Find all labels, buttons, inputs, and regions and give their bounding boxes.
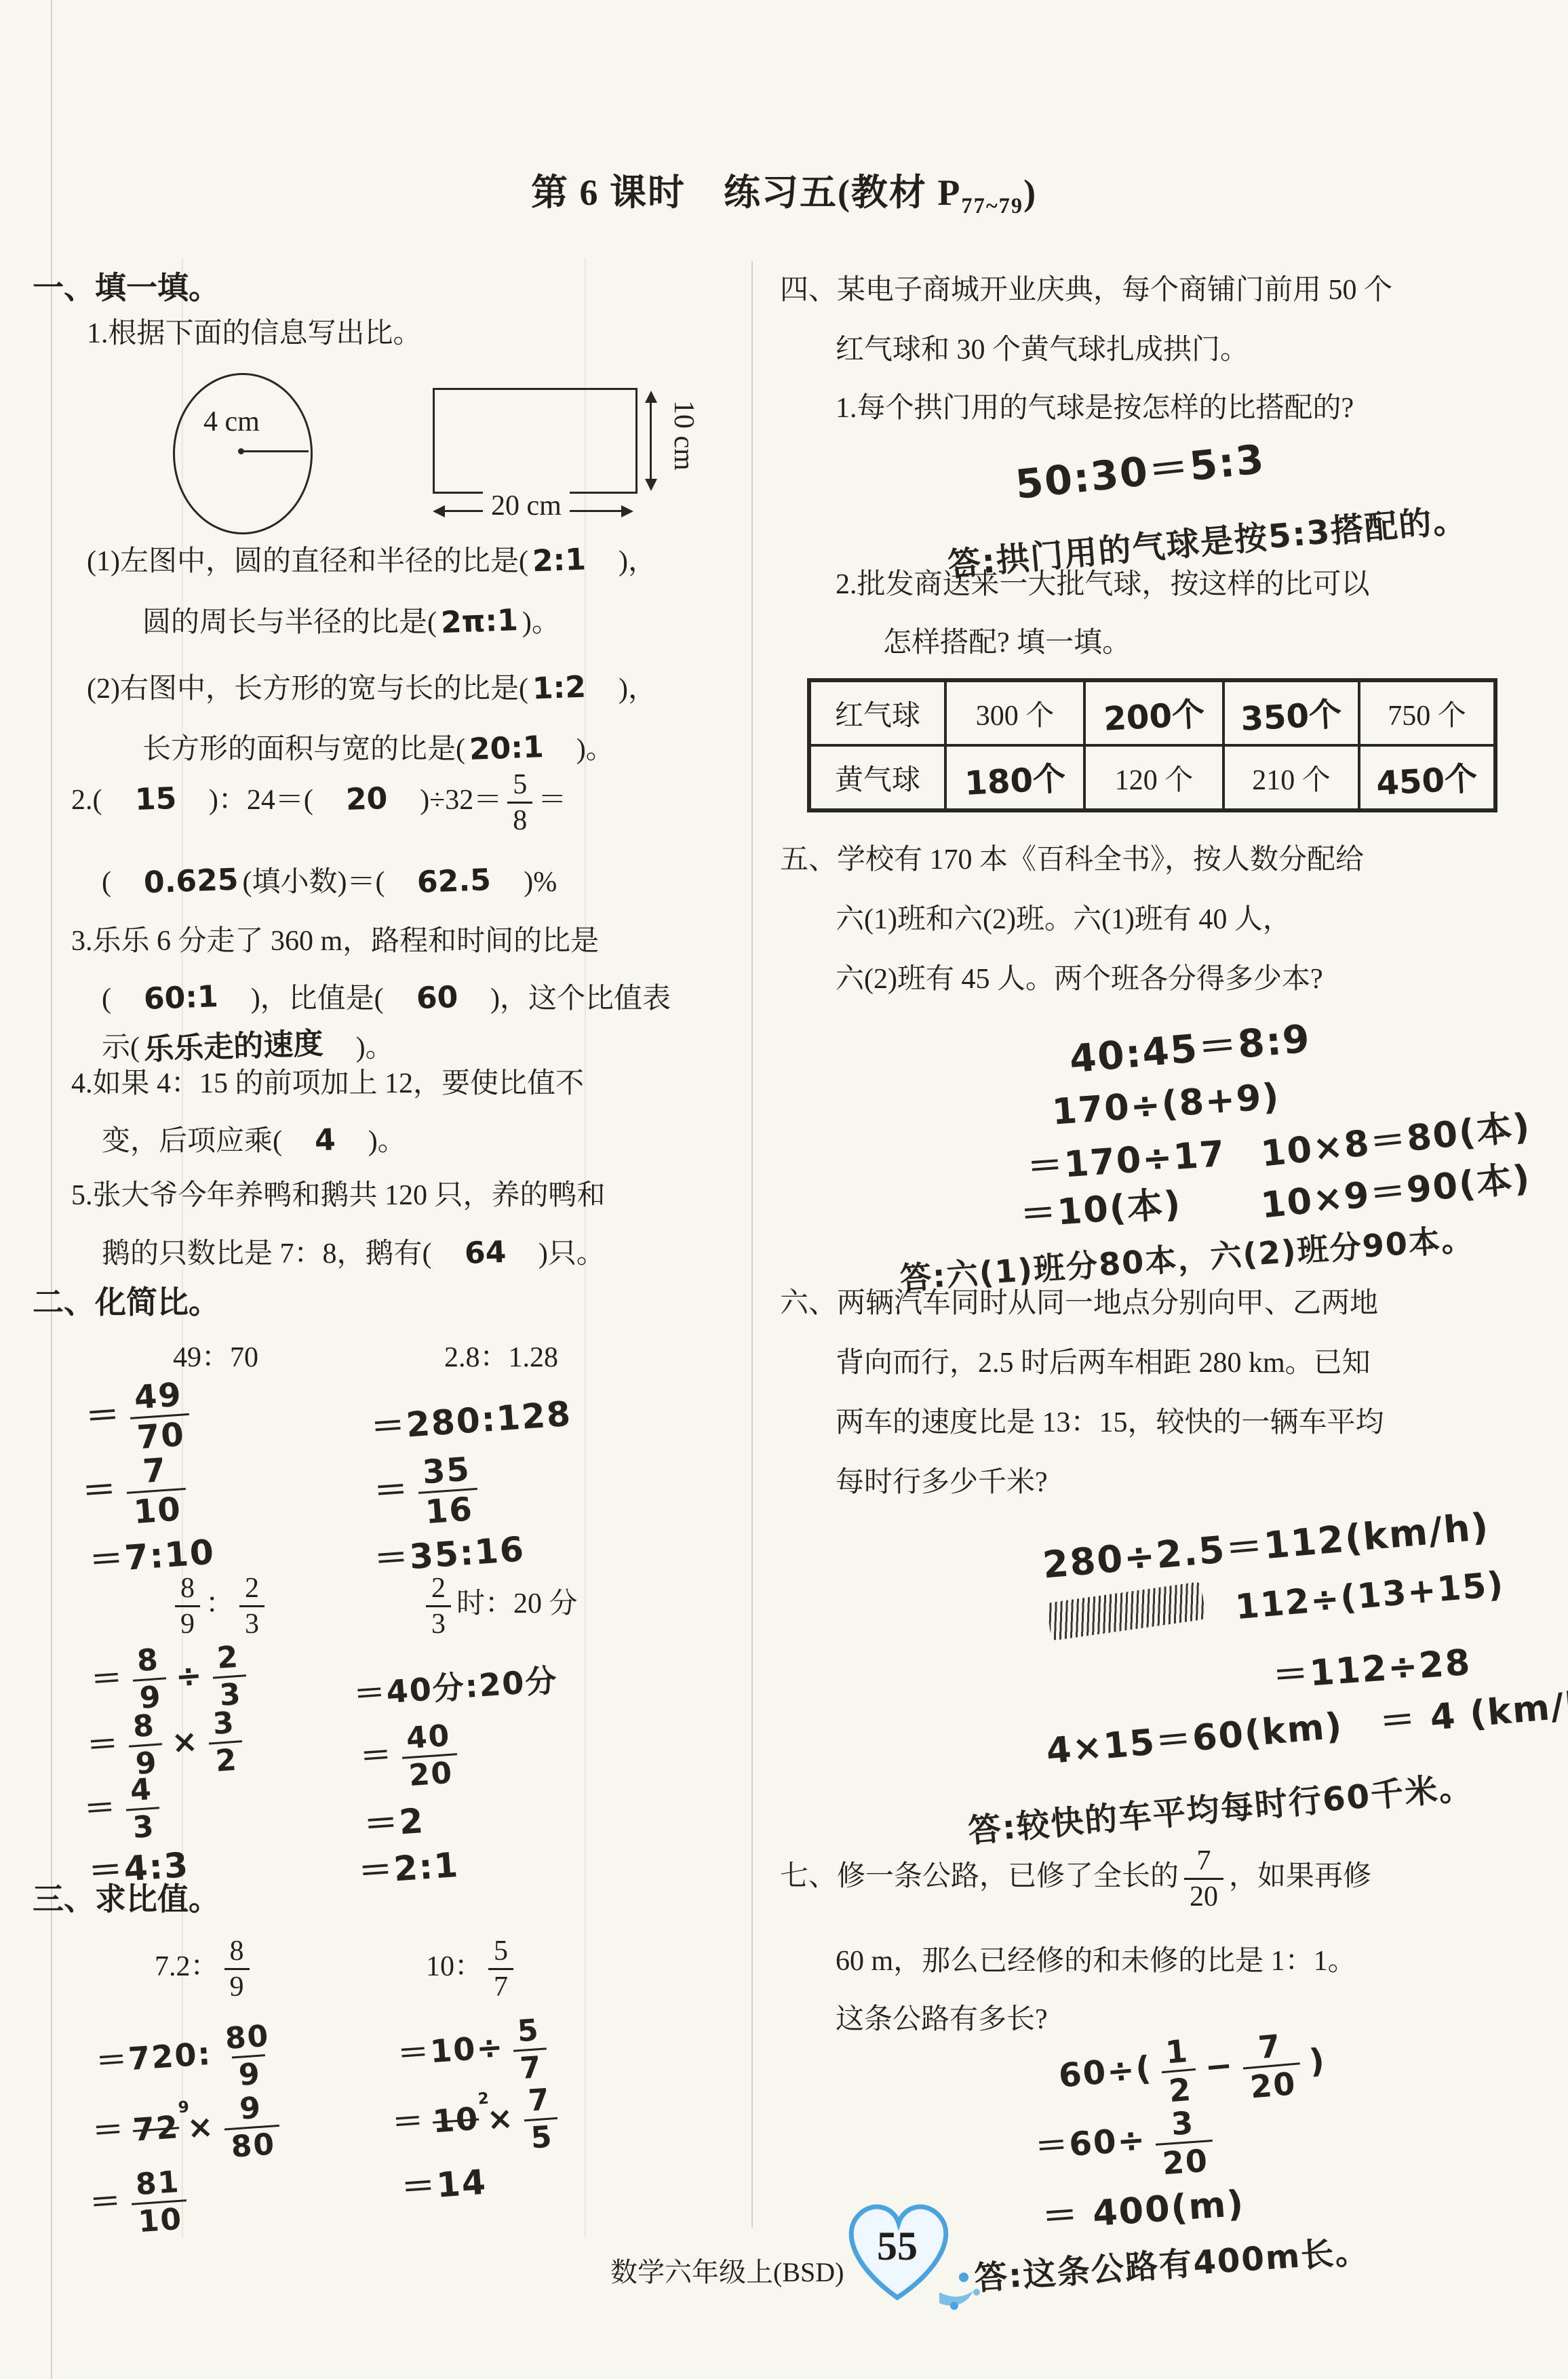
text-segment: 五、学校有 170 本《百科全书》，按人数分配给	[780, 844, 1364, 876]
table-cell-handwritten: 180个	[945, 745, 1084, 810]
table-cell: 300 个	[945, 681, 1084, 745]
fraction-numerator: 8	[224, 1936, 250, 1968]
fraction-numerator: 8	[175, 1573, 200, 1605]
question-7-line-2: 60 m，那么已经修的和未修的比是 1：1。	[836, 1941, 1356, 1982]
handwritten-segment: ＝	[76, 1462, 123, 1514]
handwritten-segment: 15	[130, 777, 181, 822]
handwritten-work: 280÷2.5＝112(km/h)	[1036, 1503, 1495, 1581]
footer-book-title: 数学六年级上(BSD)	[610, 2253, 844, 2292]
text-segment: (1)左图中，圆的直径和半径的比是(	[87, 546, 528, 577]
handwritten-segment: −	[1199, 2046, 1239, 2087]
handwritten-work: ＝3516	[368, 1453, 484, 1531]
simplify-problem-1: 49：70	[173, 1337, 258, 1379]
balloon-ratio-table: 红气球 300 个 200个 350个 750 个 黄气球 180个 120 个…	[807, 678, 1497, 812]
handwritten-answer: 答:这条公路有400m长。	[969, 2231, 1374, 2293]
handwritten-segment: 450个	[1371, 751, 1483, 804]
handwritten-segment: ＝	[87, 2104, 131, 2152]
question-4-sub1: 1.每个拱门用的气球是按怎样的比搭配的?	[836, 388, 1354, 429]
question-6-line-1: 六、两辆汽车同时从同一地点分别向甲、乙两地	[780, 1283, 1378, 1324]
handwritten-segment: ×	[482, 2099, 520, 2138]
fraction-numerator: 8	[127, 1710, 162, 1745]
fraction-numerator: 8	[131, 1644, 166, 1679]
handwritten-segment: 答:这条公路有400m长。	[968, 2224, 1374, 2299]
handwritten-fraction: 89	[127, 1710, 165, 1781]
handwritten-segment: ＝	[368, 1462, 414, 1514]
simplify-problem-2: 2.8：1.28	[444, 1337, 558, 1379]
text-segment: 六、两辆汽车同时从同一地点分别向甲、乙两地	[780, 1288, 1378, 1319]
question-7-line-3: 这条公路有多长?	[836, 1999, 1048, 2041]
question-7-line-1: 七、修一条公路，已修了全长的720，如果再修	[780, 1846, 1371, 1912]
text-segment: 10：	[426, 1951, 483, 1982]
handwritten-segment: ＝60÷	[1030, 2112, 1152, 2168]
fraction: 57	[488, 1936, 513, 2002]
fraction-numerator: 2	[426, 1573, 451, 1605]
text-segment: ：	[205, 1588, 234, 1619]
question-6-line-4: 每时行多少千米?	[836, 1462, 1048, 1503]
handwritten-segment: 1:2	[528, 665, 591, 711]
question-4-line-1: 4.如果 4：15 的前项加上 12，要使比值不	[71, 1063, 584, 1105]
fraction-numerator: 9	[233, 2092, 269, 2127]
q1-answer-line-2: 圆的周长与半径的比是(2π:1)。	[142, 600, 560, 644]
text-segment: 红气球和 30 个黄气球扎成拱门。	[836, 334, 1249, 366]
handwritten-segment: 20	[341, 777, 393, 822]
height-dimension-line	[650, 401, 652, 480]
text-segment: )	[1023, 172, 1037, 213]
question-6-line-2: 背向而行，2.5 时后两车相距 280 km。已知	[836, 1343, 1371, 1384]
text-segment: 2.批发商送来一大批气球，按这样的比可以	[836, 569, 1370, 600]
handwritten-fraction: 23	[210, 1641, 248, 1712]
fraction-denominator: 10	[127, 1488, 189, 1530]
handwritten-segment: 200个	[1098, 686, 1210, 739]
question-3-line-1: 3.乐乐 6 分走了 360 m，路程和时间的比是	[71, 921, 599, 962]
handwritten-segment: 170÷(8+9)	[1046, 1076, 1285, 1133]
text-segment: )÷32＝	[391, 785, 502, 816]
question-4-intro-2: 红气球和 30 个黄气球扎成拱门。	[836, 330, 1249, 371]
text-segment: 六(1)班和六(2)班。六(1)班有 40 人，	[836, 904, 1291, 935]
text-segment: 1.每个拱门用的气球是按怎样的比搭配的?	[836, 393, 1354, 424]
handwritten-segment: ＝720:	[90, 2028, 217, 2082]
handwritten-segment: 2π:1	[436, 599, 523, 645]
fraction-numerator: 3	[206, 1707, 241, 1742]
handwritten-work: ＝35:16	[369, 1525, 530, 1579]
text-segment: 两车的速度比是 13：15，较快的一辆车平均	[836, 1407, 1384, 1438]
handwritten-answer: 答:六(1)班分80本，六(2)班分90本。	[895, 1224, 1479, 1289]
scribbled-out-work	[1046, 1581, 1207, 1640]
fraction-numerator: 80	[219, 2020, 276, 2058]
fraction-denominator: 5	[524, 2117, 560, 2155]
text-segment: 红气球	[835, 693, 920, 734]
handwritten-segment: ＝40分:20分	[348, 1655, 563, 1715]
handwritten-fraction: 57	[511, 2014, 549, 2085]
ratio-value-problem-2: 10：57	[426, 1936, 519, 2002]
fraction-denominator: 80	[224, 2125, 282, 2164]
question-1-intro: 1.根据下面的信息写出比。	[87, 313, 422, 355]
fraction-numerator: 40	[400, 1720, 457, 1757]
handwritten-fraction: 720	[1240, 2028, 1304, 2104]
handwritten-segment: ＝2:1	[353, 1837, 465, 1893]
text-segment: )只。	[510, 1238, 605, 1270]
question-5-line-3: 六(2)班有 45 人。两个班各分得多少本?	[836, 959, 1323, 1000]
text-segment: 210 个	[1252, 758, 1331, 798]
fraction-denominator: 20	[1243, 2063, 1303, 2104]
handwritten-segment: 180个	[959, 751, 1071, 804]
handwritten-fraction: 3516	[416, 1452, 480, 1531]
handwritten-work: ＝4970	[80, 1378, 196, 1457]
fraction-denominator: 70	[130, 1413, 192, 1455]
handwritten-work: ＝729×980	[87, 2092, 286, 2167]
text-segment: 2.(	[71, 785, 131, 816]
text-segment: 怎样搭配? 填一填。	[883, 627, 1131, 658]
question-3-line-2: ( 60:1 )，比值是( 60 )，这个比值表	[102, 977, 671, 1020]
section-3-title: 三、求比值。	[33, 1877, 220, 1923]
fraction-numerator: 5	[488, 1936, 513, 1968]
fraction-numerator: 7	[1252, 2029, 1289, 2066]
fraction: 23	[426, 1573, 451, 1639]
handwritten-segment: 20:1	[465, 726, 549, 772]
page-number: 55	[857, 2223, 938, 2270]
handwritten-segment: ＝ 400(m)	[1036, 2175, 1251, 2241]
text-segment: 三、求比值。	[33, 1882, 220, 1916]
fraction-denominator: 2	[1162, 2068, 1199, 2108]
table-cell: 红气球	[810, 681, 945, 745]
arrow-down-icon	[645, 479, 657, 491]
handwritten-segment: ＝14	[395, 2155, 492, 2209]
table-cell-handwritten: 450个	[1359, 745, 1495, 810]
handwritten-work: ＝89×32	[81, 1708, 248, 1782]
handwritten-work: ＝40分:20分	[349, 1659, 563, 1712]
handwritten-segment: ＝2	[358, 1794, 430, 1847]
text-segment: 时：20 分	[456, 1588, 578, 1619]
text-segment: (	[102, 983, 140, 1015]
text-segment: )%	[495, 867, 557, 898]
page-number-badge: 55	[838, 2190, 987, 2319]
text-segment: ＝	[538, 785, 566, 816]
handwritten-work: 40:45＝8:9	[1063, 1012, 1316, 1080]
handwritten-segment: ÷	[170, 1656, 208, 1695]
cancelled-segment: 729	[128, 2108, 184, 2148]
text-segment: 七、修一条公路，已修了全长的	[780, 1861, 1179, 1892]
handwritten-fraction: 320	[1153, 2105, 1215, 2180]
handwritten-segment: ＝280:128	[365, 1386, 577, 1449]
handwritten-segment: 答:较快的车平均每时行60千米。	[962, 1760, 1478, 1852]
fraction-numerator: 81	[130, 2166, 187, 2203]
text-segment: 这条公路有多长?	[836, 2004, 1048, 2035]
text-segment: )。	[340, 1126, 406, 1157]
question-5-line-2: 六(1)班和六(2)班。六(1)班有 40 人，	[836, 899, 1291, 941]
fraction-numerator: 7	[136, 1453, 174, 1491]
rect-width-label: 20 cm	[483, 490, 570, 522]
text-segment: 长方形的面积与宽的比是(	[142, 734, 465, 765]
handwritten-segment: 64	[459, 1231, 511, 1276]
handwritten-segment: ＝35:16	[368, 1522, 530, 1581]
fraction: 720	[1184, 1846, 1223, 1912]
text-segment: )。	[548, 734, 614, 765]
fraction-denominator: 3	[126, 1807, 161, 1844]
fraction-numerator: 49	[128, 1377, 189, 1417]
text-segment: 示(	[102, 1032, 140, 1063]
text-segment: 四、某电子商城开业庆典，每个商铺门前用 50 个	[780, 275, 1392, 306]
handwritten-work: ＝ 400(m)	[1037, 2179, 1249, 2237]
handwritten-work: ＝60÷320	[1030, 2106, 1219, 2184]
fraction-denominator: 20	[402, 1753, 460, 1792]
fraction-denominator: 3	[426, 1605, 451, 1639]
text-segment: 2.8：1.28	[444, 1342, 558, 1373]
text-segment: )，比值是(	[222, 983, 412, 1015]
handwritten-fraction: 89	[131, 1644, 169, 1715]
rect-height-label: 10 cm	[667, 400, 700, 471]
text-segment: (	[102, 867, 140, 898]
question-5-line-2: 鹅的只数比是 7：8，鹅有( 64 )只。	[102, 1232, 605, 1275]
handwritten-segment: ＝	[84, 2176, 128, 2223]
fraction-denominator: 10	[132, 2199, 189, 2239]
circle-radius-line	[242, 450, 309, 452]
handwritten-work: ＝8110	[84, 2167, 193, 2239]
handwritten-work: ＝170÷17	[1022, 1129, 1231, 1187]
page-title: 第 6 课时 练习五(教材 P77~79)	[0, 166, 1568, 222]
fraction-numerator: 7	[1192, 1846, 1217, 1878]
handwritten-segment: 50:30＝5:3	[1008, 426, 1272, 510]
question-2-line-1: 2.( 15 )：24＝( 20 )÷32＝58＝	[71, 770, 566, 835]
table-cell-handwritten: 200个	[1084, 681, 1223, 745]
handwritten-segment: 40:45＝8:9	[1063, 1008, 1316, 1084]
handwritten-fraction: 75	[522, 2084, 560, 2155]
question-4-intro-1: 四、某电子商城开业庆典，每个商铺门前用 50 个	[780, 270, 1392, 311]
fraction-numerator: 1	[1158, 2034, 1195, 2071]
text-segment: 二、化简比。	[33, 1285, 220, 1320]
question-2-line-2: ( 0.625(填小数)＝( 62.5 )%	[102, 860, 557, 903]
fraction-denominator: 9	[232, 2054, 267, 2091]
handwritten-segment: ＝	[387, 2096, 431, 2143]
handwritten-work: 170÷(8+9)	[1047, 1080, 1285, 1129]
handwritten-work: ＝102×75	[387, 2085, 564, 2159]
text-segment: )：24＝(	[180, 785, 342, 816]
handwritten-work: ＝280:128	[366, 1390, 576, 1447]
handwritten-segment: ＝	[81, 1718, 125, 1766]
arrow-right-icon	[621, 505, 633, 517]
handwritten-fraction: 4020	[400, 1720, 460, 1792]
text-segment: 一、填一填。	[33, 271, 220, 305]
handwritten-segment: 60:1	[139, 975, 223, 1021]
text-segment: 4.如果 4：15 的前项加上 12，要使比值不	[71, 1068, 584, 1099]
fraction-denominator: 3	[239, 1605, 264, 1639]
handwritten-fraction: 32	[206, 1707, 244, 1778]
handwritten-work: ＝43	[79, 1774, 165, 1846]
text-segment: 第 6 课时 练习五(教材 P	[531, 172, 961, 213]
handwritten-fraction: 4970	[128, 1377, 192, 1456]
fraction-numerator: 3	[1164, 2106, 1200, 2143]
fraction-numerator: 7	[522, 2084, 557, 2119]
handwritten-work: ＝10(本)	[1015, 1179, 1187, 1236]
question-5-line-1: 5.张大爷今年养鸭和鹅共 120 只，养的鸭和	[71, 1175, 606, 1217]
text-segment: 每时行多少千米?	[836, 1467, 1048, 1498]
column-divider-line	[751, 261, 753, 2228]
handwritten-work: ＝720:809	[90, 2021, 283, 2096]
text-segment: 圆的周长与半径的比是(	[142, 607, 437, 638]
section-2-title: 二、化简比。	[33, 1280, 220, 1326]
text-segment: )，这个比值表	[462, 983, 671, 1015]
text-segment: )，	[590, 546, 656, 577]
handwritten-fraction: 8110	[130, 2166, 189, 2239]
handwritten-segment: 60÷(	[1053, 2049, 1158, 2096]
question-3-line-3: 示(乐乐走的速度 )。	[102, 1025, 394, 1069]
handwritten-work: ＝112÷28	[1268, 1638, 1476, 1696]
left-margin-line	[51, 0, 52, 2379]
question-4-sub2-line1: 2.批发商送来一大批气球，按这样的比可以	[836, 564, 1370, 606]
ratio-value-problem-1: 7.2：89	[155, 1936, 255, 2002]
fraction-denominator: 8	[507, 802, 532, 835]
fraction-denominator: 9	[175, 1605, 200, 1639]
text-segment: 49：70	[173, 1342, 258, 1373]
q1-answer-line-3: (2)右图中，长方形的宽与长的比是(1:2 )，	[87, 667, 656, 710]
handwritten-segment: 0.625	[139, 858, 243, 905]
handwritten-segment: 62.5	[412, 859, 496, 905]
table-cell: 黄气球	[810, 745, 945, 810]
handwritten-work: 50:30＝5:3	[1008, 431, 1270, 506]
handwritten-work: ＝14	[396, 2157, 492, 2209]
question-4-sub2-line2: 怎样搭配? 填一填。	[883, 623, 1131, 664]
text-segment: 7.2：	[155, 1951, 219, 1982]
handwritten-segment: ＝	[85, 1653, 130, 1700]
text-segment: )。	[522, 607, 560, 638]
text-segment: 3.乐乐 6 分走了 360 m，路程和时间的比是	[71, 926, 599, 957]
handwritten-work: ＝4020	[355, 1721, 464, 1793]
cancelled-segment: 102	[427, 2100, 484, 2140]
table-cell-handwritten: 350个	[1223, 681, 1359, 745]
handwritten-segment: 350个	[1236, 686, 1348, 739]
subscript-segment: 77~79	[961, 194, 1023, 218]
text-segment: 背向而行，2.5 时后两车相距 280 km。已知	[836, 1348, 1371, 1379]
fraction: 89	[224, 1936, 250, 2002]
fraction-numerator: 5	[507, 770, 532, 802]
text-segment: (填小数)＝(	[242, 867, 413, 898]
fraction: 58	[507, 770, 532, 835]
rectangle-figure	[433, 388, 638, 494]
text-segment: (2)右图中，长方形的宽与长的比是(	[87, 673, 528, 705]
handwritten-segment: ＝	[79, 1388, 126, 1439]
handwritten-fraction: 43	[124, 1773, 162, 1845]
q1-answer-line-1: (1)左图中，圆的直径和半径的比是(2:1 )，	[87, 539, 656, 583]
handwritten-segment: 4	[310, 1118, 340, 1162]
text-segment: 300 个	[976, 693, 1055, 734]
handwritten-segment: ×	[182, 2107, 220, 2146]
handwritten-segment: ×	[166, 1722, 204, 1761]
handwritten-segment: ＝10÷	[392, 2022, 509, 2075]
fraction-numerator: 35	[416, 1452, 477, 1492]
fraction-denominator: 20	[1156, 2140, 1215, 2180]
text-segment: 1.根据下面的信息写出比。	[87, 318, 422, 349]
text-segment: 60 m，那么已经修的和未修的比是 1：1。	[836, 1946, 1356, 1977]
workbook-page: 第 6 课时 练习五(教材 P77~79) 一、填一填。 1.根据下面的信息写出…	[0, 0, 1568, 2379]
handwritten-segment: ＝	[79, 1782, 123, 1830]
section-1-title: 一、填一填。	[33, 266, 220, 311]
text-segment: ，如果再修	[1229, 1861, 1371, 1892]
handwritten-work: ＝7:10	[84, 1527, 220, 1581]
fraction-denominator: 20	[1184, 1878, 1223, 1912]
handwritten-segment: ＝10(本)	[1015, 1175, 1188, 1238]
fraction-numerator: 2	[210, 1641, 246, 1676]
handwritten-fraction: 980	[222, 2091, 282, 2164]
handwritten-work: ＝2:1	[353, 1839, 464, 1892]
handwritten-fraction: 12	[1158, 2034, 1198, 2108]
question-4-line-2: 变，后项应乘( 4 )。	[102, 1119, 406, 1162]
handwritten-work: ＝10÷57	[392, 2015, 553, 2089]
handwritten-fraction: 710	[125, 1452, 189, 1531]
text-segment: 120 个	[1115, 758, 1194, 798]
table-cell: 210 个	[1223, 745, 1359, 810]
fraction-numerator: 4	[124, 1773, 159, 1809]
question-6-line-3: 两车的速度比是 13：15，较快的一辆车平均	[836, 1402, 1384, 1444]
simplify-problem-3: 89：23	[170, 1573, 270, 1639]
handwritten-work: 60÷(12−720)	[1053, 2027, 1332, 2113]
table-cell: 750 个	[1359, 681, 1495, 745]
handwritten-segment: ＝	[355, 1729, 399, 1777]
handwritten-segment: 60	[412, 976, 463, 1021]
text-segment: 鹅的只数比是 7：8，鹅有(	[102, 1238, 460, 1270]
text-segment: )，	[590, 673, 656, 705]
text-segment: 六(2)班有 45 人。两个班各分得多少本?	[836, 964, 1323, 995]
fraction-numerator: 2	[239, 1573, 264, 1605]
fraction-denominator: 7	[513, 2048, 549, 2085]
text-segment: 5.张大爷今年养鸭和鹅共 120 只，养的鸭和	[71, 1180, 606, 1211]
handwritten-segment: 112÷(13+15)	[1230, 1563, 1510, 1628]
handwritten-fraction: 809	[219, 2020, 279, 2093]
fraction-denominator: 16	[418, 1488, 480, 1530]
table-cell: 120 个	[1084, 745, 1223, 810]
text-segment: 750 个	[1388, 693, 1466, 734]
q1-answer-line-4: 长方形的面积与宽的比是(20:1 )。	[142, 727, 614, 770]
handwritten-segment: )	[1304, 2041, 1331, 2081]
text-segment: )。	[328, 1032, 394, 1063]
handwritten-answer: 答:较快的车平均每时行60千米。	[962, 1769, 1478, 1843]
text-segment: 变，后项应乘(	[102, 1126, 311, 1157]
fraction-denominator: 7	[488, 1968, 513, 2002]
circle-radius-label: 4 cm	[203, 406, 260, 438]
fraction-numerator: 5	[511, 2014, 547, 2049]
simplify-problem-4: 23时：20 分	[420, 1573, 578, 1639]
text-segment: 黄气球	[835, 758, 920, 798]
handwritten-work: ＝89÷23	[85, 1642, 252, 1716]
fraction-denominator: 9	[224, 1968, 250, 2002]
question-5-line-1: 五、学校有 170 本《百科全书》，按人数分配给	[780, 840, 1364, 881]
handwritten-work: ＝2	[359, 1794, 429, 1845]
handwritten-work: ＝710	[77, 1453, 193, 1531]
fraction-denominator: 2	[208, 1740, 243, 1777]
handwritten-segment: 2:1	[528, 538, 591, 583]
fraction: 23	[239, 1573, 264, 1639]
fraction: 89	[175, 1573, 200, 1639]
